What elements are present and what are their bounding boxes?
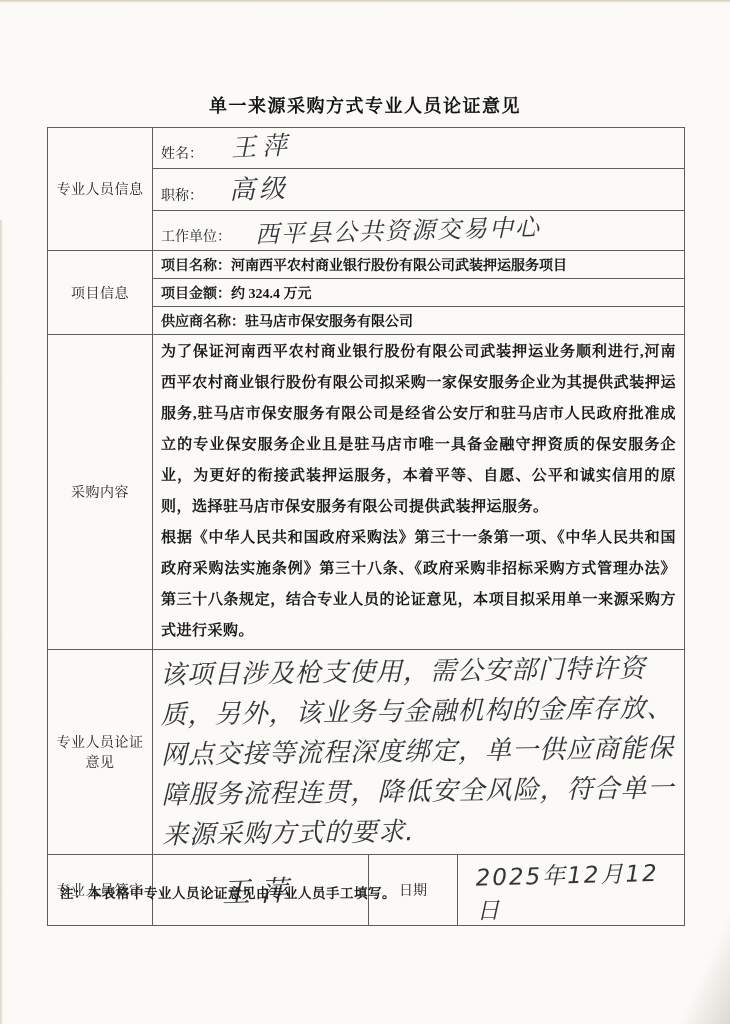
field-project-amount: 项目金额：约 324.4 万元 (153, 279, 685, 307)
table-row: 专业人员论证意见 该项目涉及枪支使用，需公安部门特许资质，另外，该业务与金融机构… (48, 650, 685, 855)
supplier-name-label: 供应商名称： (161, 315, 245, 330)
date-handwritten-value: 2025年12月12日 (475, 854, 677, 925)
project-name-label: 项目名称： (161, 259, 231, 274)
procurement-paragraph-2: 根据《中华人民共和国政府采购法》第三十一条第一项、《中华人民共和国政府采购法实施… (161, 523, 676, 647)
table-row: 采购内容 为了保证河南西平农村商业银行股份有限公司武装押运业务顺利进行,河南西平… (48, 335, 685, 650)
scan-edge-top (0, 0, 730, 3)
procurement-content-cell: 为了保证河南西平农村商业银行股份有限公司武装押运业务顺利进行,河南西平农村商业银… (153, 335, 685, 650)
table-row: 项目信息 项目名称：河南西平农村商业银行股份有限公司武装押运服务项目 (48, 251, 685, 279)
date-cell: 2025年12月12日 (458, 855, 685, 926)
form-table: 专业人员信息 姓名：王萍 职称：高级 工作单位：西平县公共资源交易中心 项目信息… (47, 127, 685, 926)
page-title: 单一来源采购方式专业人员论证意见 (0, 92, 730, 118)
field-project-name: 项目名称：河南西平农村商业银行股份有限公司武装押运服务项目 (153, 251, 685, 279)
table-row: 专业人员信息 姓名：王萍 (48, 128, 685, 169)
project-amount-label: 项目金额： (161, 287, 231, 302)
field-work-unit: 工作单位：西平县公共资源交易中心 (153, 211, 685, 251)
field-title: 职称：高级 (153, 169, 685, 211)
work-unit-handwritten-value: 西平县公共资源交易中心 (255, 207, 542, 249)
section-label-personnel: 专业人员信息 (48, 128, 153, 251)
section-label-opinion: 专业人员论证意见 (48, 650, 153, 855)
name-label: 姓名： (161, 147, 203, 162)
title-label: 职称： (161, 189, 203, 204)
supplier-name-value: 驻马店市保安服务有限公司 (245, 315, 413, 330)
work-unit-label: 工作单位： (161, 230, 231, 245)
field-supplier-name: 供应商名称：驻马店市保安服务有限公司 (153, 307, 685, 335)
field-name: 姓名：王萍 (153, 128, 685, 169)
section-label-project: 项目信息 (48, 251, 153, 335)
title-handwritten-value: 高级 (228, 168, 289, 207)
opinion-handwritten-text: 该项目涉及枪支使用，需公安部门特许资质，另外，该业务与金融机构的金库存放、网点交… (160, 648, 679, 855)
scan-edge-left (0, 220, 3, 1024)
footnote: 注：本表格中专业人员论证意见由专业人员手工填写。 (60, 882, 396, 902)
section-label-procurement: 采购内容 (48, 335, 153, 650)
opinion-cell: 该项目涉及枪支使用，需公安部门特许资质，另外，该业务与金融机构的金库存放、网点交… (153, 650, 685, 855)
project-name-value: 河南西平农村商业银行股份有限公司武装押运服务项目 (231, 259, 567, 274)
project-amount-value: 约 324.4 万元 (231, 287, 312, 302)
name-handwritten-value: 王萍 (230, 125, 294, 164)
procurement-paragraph-1: 为了保证河南西平农村商业银行股份有限公司武装押运业务顺利进行,河南西平农村商业银… (161, 337, 676, 523)
